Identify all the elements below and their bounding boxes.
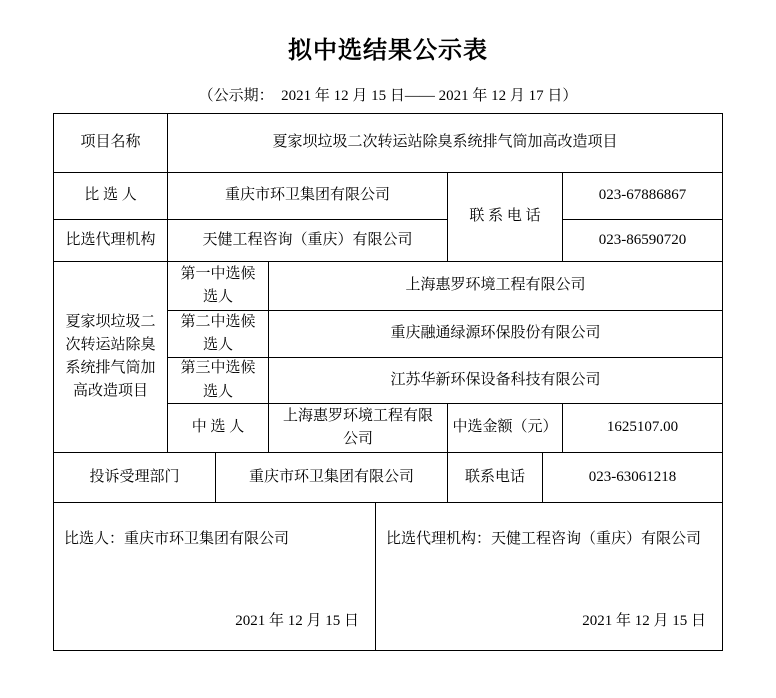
project-name-label-cell: 项目名称 bbox=[53, 113, 168, 173]
amount-value-cell: 1625107.00 bbox=[562, 403, 723, 453]
publicity-period-line: （公示期： 2021 年 12 月 15 日—— 2021 年 12 月 17 … bbox=[0, 84, 776, 105]
signature-left-line: 比选人：重庆市环卫集团有限公司 bbox=[64, 527, 365, 548]
announcement-document: 拟中选结果公示表 （公示期： 2021 年 12 月 15 日—— 2021 年… bbox=[0, 0, 776, 698]
complaint-dept-label-cell: 投诉受理部门 bbox=[53, 452, 216, 503]
complaint-phone-value-cell: 023-63061218 bbox=[542, 452, 723, 503]
signature-right-date: 2021 年 12 月 15 日 bbox=[386, 609, 712, 630]
signature-left-cell: 比选人：重庆市环卫集团有限公司 2021 年 12 月 15 日 bbox=[53, 502, 376, 651]
winner-label-cell: 中 选 人 bbox=[167, 403, 269, 453]
signature-right-cell: 比选代理机构：天健工程咨询（重庆）有限公司 2021 年 12 月 15 日 bbox=[375, 502, 723, 651]
amount-label-cell: 中选金额（元） bbox=[447, 403, 563, 453]
agency-phone-cell: 023-86590720 bbox=[562, 219, 723, 262]
agency-value-cell: 天健工程咨询（重庆）有限公司 bbox=[167, 219, 448, 262]
project-sidebar-cell: 夏家坝垃圾二 次转运站除臭 系统排气筒加 高改造项目 bbox=[53, 261, 168, 453]
signature-left-date: 2021 年 12 月 15 日 bbox=[64, 609, 365, 630]
candidate1-label-cell: 第一中选候 选人 bbox=[167, 261, 269, 311]
candidate1-value-cell: 上海惠罗环境工程有限公司 bbox=[268, 261, 723, 311]
complaint-dept-value-cell: 重庆市环卫集团有限公司 bbox=[215, 452, 448, 503]
complaint-phone-label-cell: 联系电话 bbox=[447, 452, 543, 503]
selector-label-cell: 比 选 人 bbox=[53, 172, 168, 220]
project-name-value-cell: 夏家坝垃圾二次转运站除臭系统排气筒加高改造项目 bbox=[167, 113, 723, 173]
selector-value-cell: 重庆市环卫集团有限公司 bbox=[167, 172, 448, 220]
winner-value-cell: 上海惠罗环境工程有限 公司 bbox=[268, 403, 448, 453]
candidate3-label-cell: 第三中选候 选人 bbox=[167, 357, 269, 404]
page-title: 拟中选结果公示表 bbox=[0, 30, 776, 65]
contact-phone-label-cell: 联 系 电 话 bbox=[447, 172, 563, 262]
agency-label-cell: 比选代理机构 bbox=[53, 219, 168, 262]
candidate3-value-cell: 江苏华新环保设备科技有限公司 bbox=[268, 357, 723, 404]
candidate2-value-cell: 重庆融通绿源环保股份有限公司 bbox=[268, 310, 723, 358]
signature-right-line: 比选代理机构：天健工程咨询（重庆）有限公司 bbox=[386, 527, 712, 548]
candidate2-label-cell: 第二中选候 选人 bbox=[167, 310, 269, 358]
selector-phone-cell: 023-67886867 bbox=[562, 172, 723, 220]
